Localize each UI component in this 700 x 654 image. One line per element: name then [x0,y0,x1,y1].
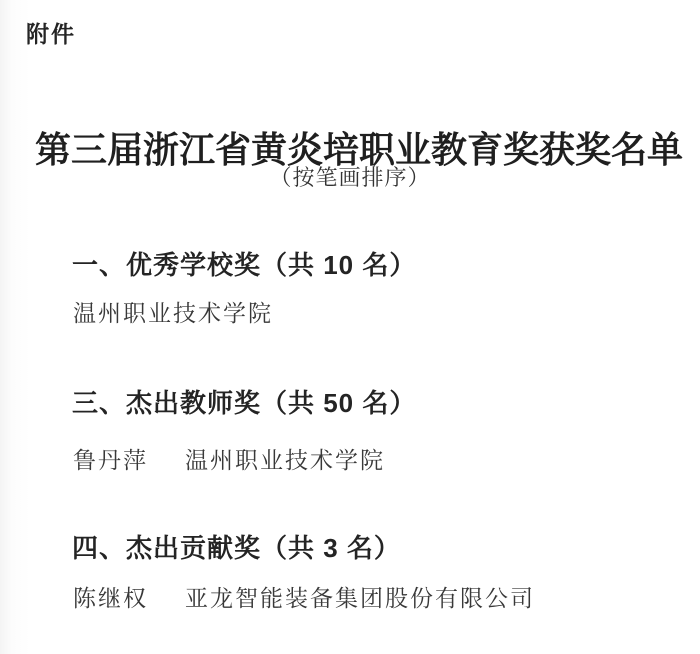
awardee-org: 温州职业技术学院 [73,301,273,326]
awardee-row: 温州职业技术学院 [73,295,273,328]
awardee-org: 亚龙智能装备集团股份有限公司 [185,586,535,611]
document-page: 附件 第三届浙江省黄炎培职业教育奖获奖名单 （按笔画排序） 一、优秀学校奖（共 … [0,0,700,654]
sort-order-note: （按笔画排序） [0,161,700,192]
awardee-row: 鲁丹萍温州职业技术学院 [73,442,385,475]
section-heading-school-award: 一、优秀学校奖（共 10 名） [72,245,416,282]
awardee-name: 鲁丹萍 [73,442,185,475]
awardee-row: 陈继权亚龙智能装备集团股份有限公司 [73,580,535,613]
section-heading-contribution-award: 四、杰出贡献奖（共 3 名） [72,528,401,565]
section-heading-teacher-award: 三、杰出教师奖（共 50 名） [72,383,416,420]
attachment-label: 附件 [26,16,76,49]
awardee-org: 温州职业技术学院 [185,448,385,473]
awardee-name: 陈继权 [73,580,185,613]
